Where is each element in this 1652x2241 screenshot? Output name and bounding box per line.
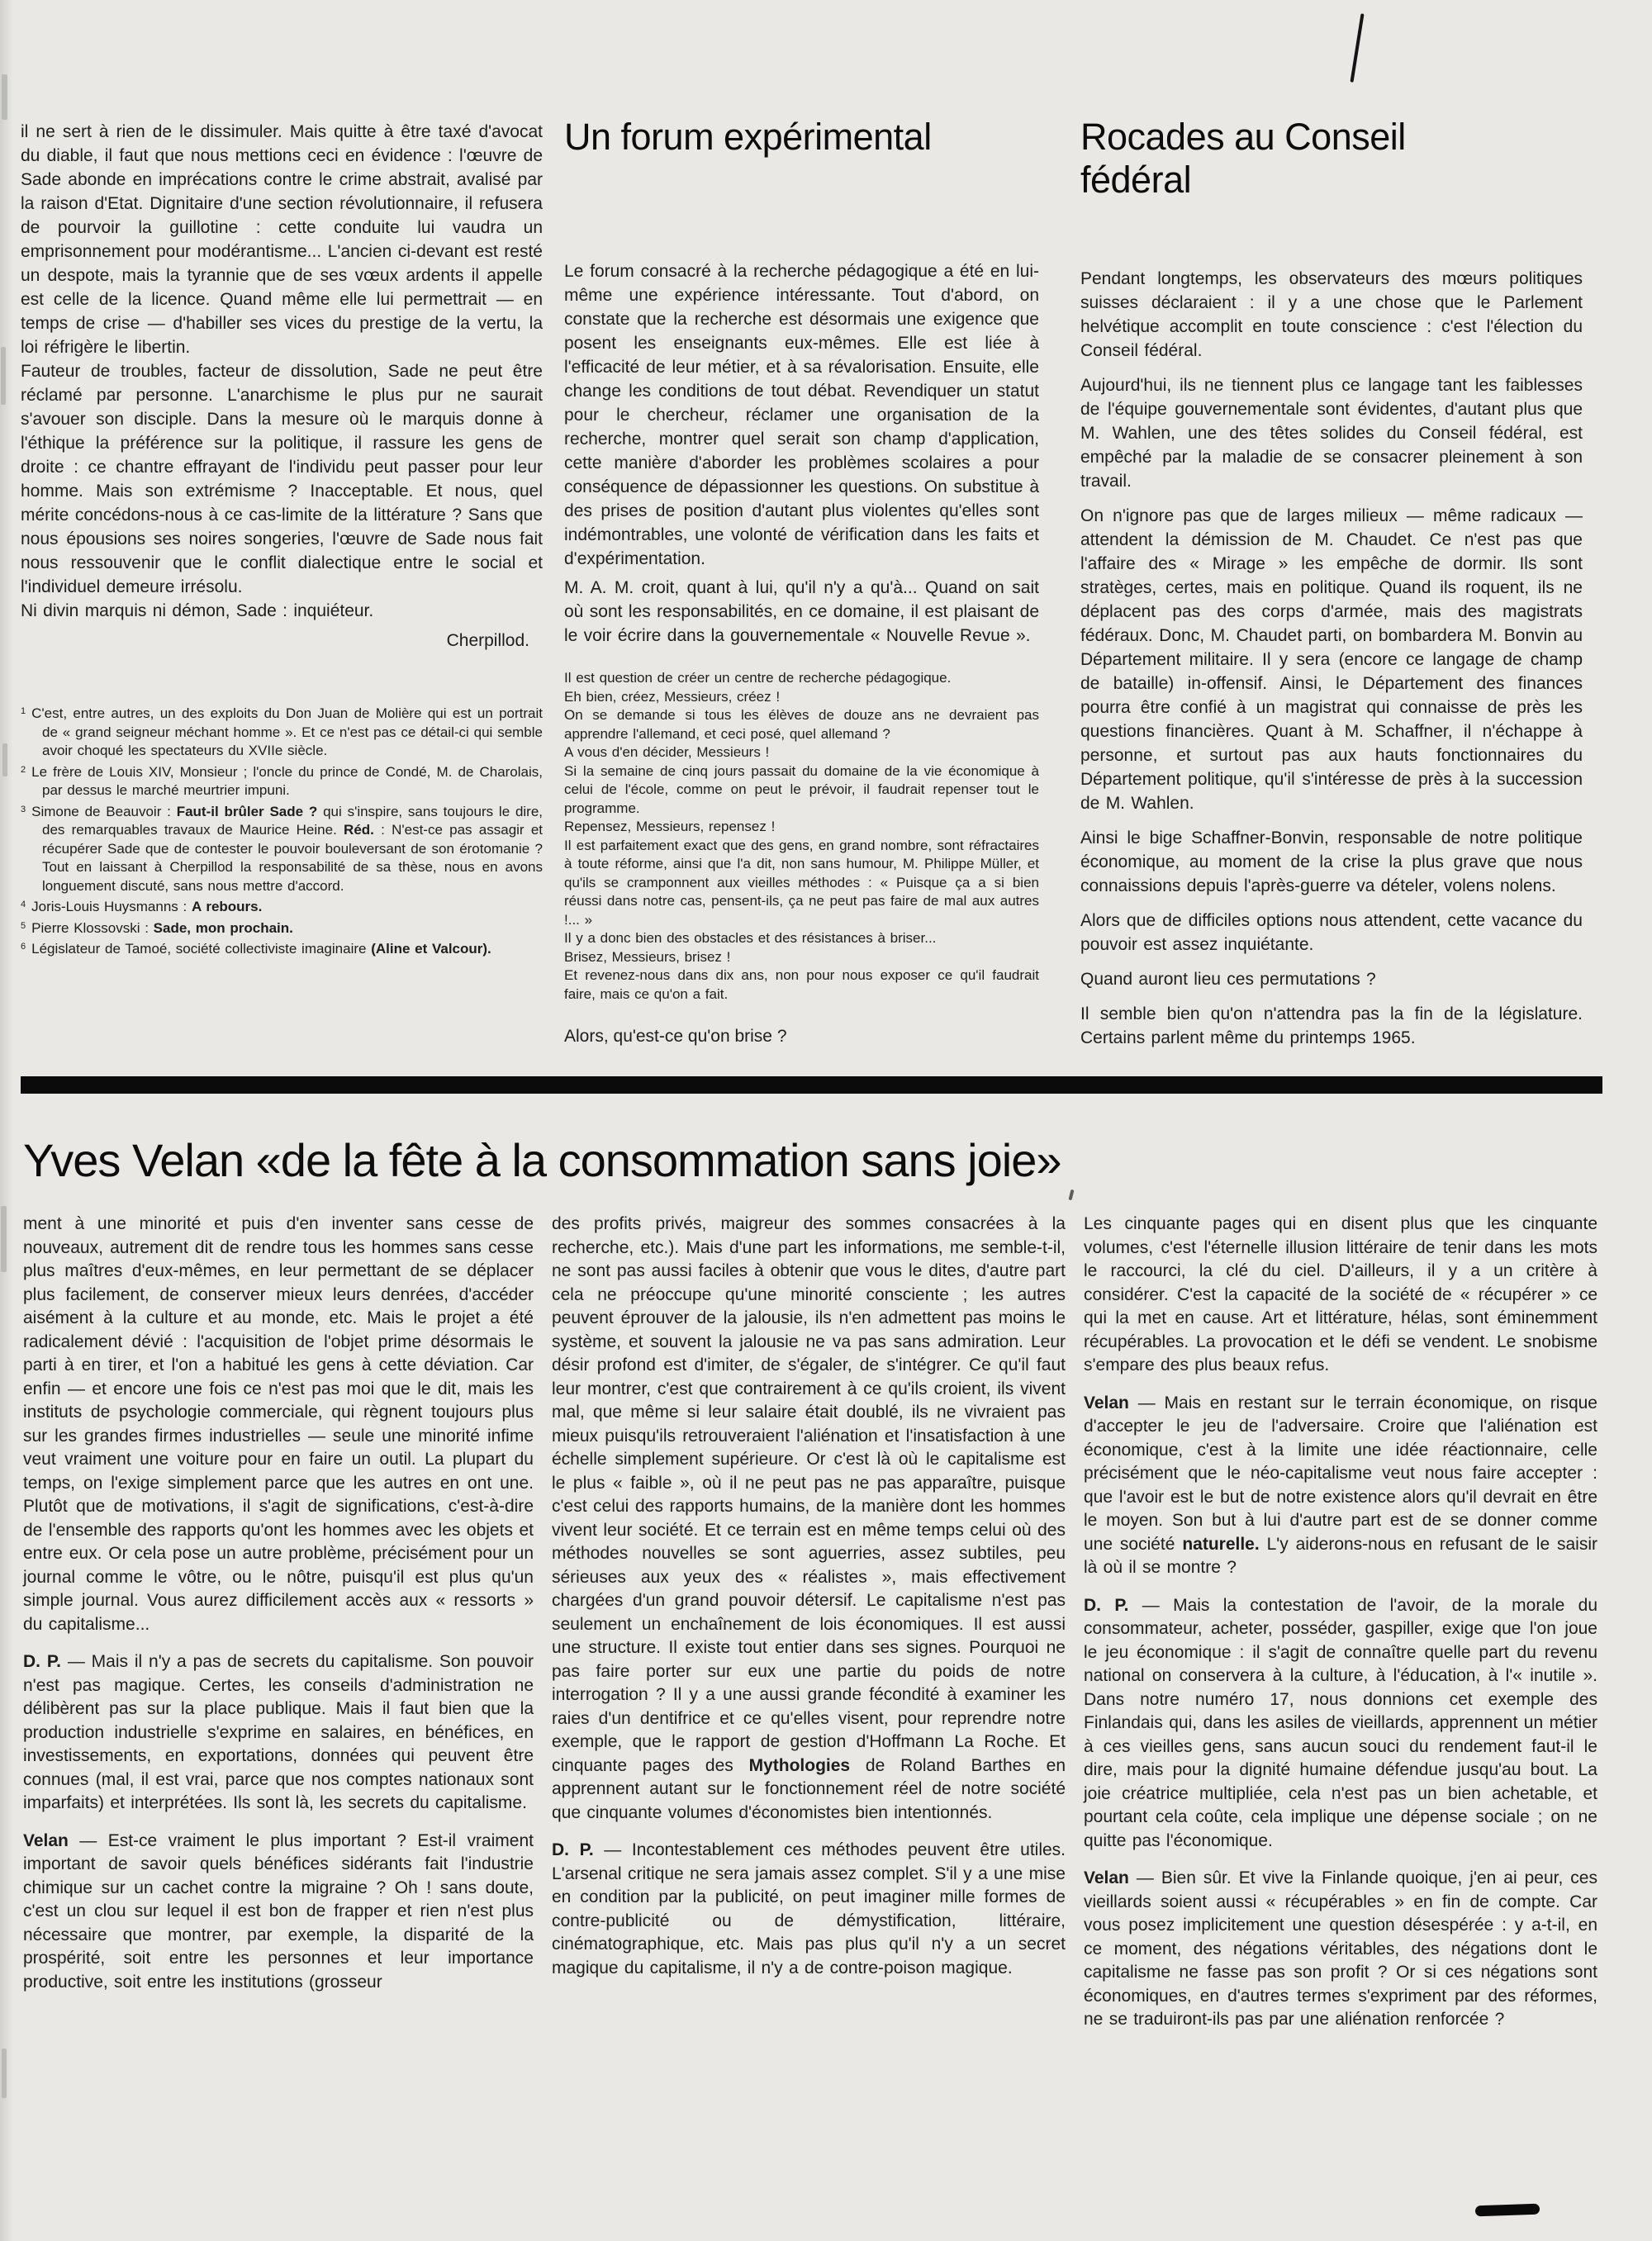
text-segment: Ni divin marquis ni démon, Sade : inquié… (21, 601, 373, 620)
text-segment: Joris-Louis Huysmanns : (31, 899, 192, 914)
bold-text: A rebours. (192, 899, 262, 914)
paragraph: Il semble bien qu'on n'attendra pas la f… (1080, 1002, 1583, 1050)
text-segment: — Incontestablement ces méthodes peuvent… (552, 1840, 1066, 1977)
scan-smudge (2, 74, 7, 120)
text-segment: Législateur de Tamoé, société collectivi… (31, 941, 371, 957)
forum-small-text-block: Il est question de créer un centre de re… (564, 669, 1039, 1004)
bold-text: D. P. (1084, 1596, 1128, 1615)
text-segment: Fauteur de troubles, facteur de dissolut… (21, 362, 543, 596)
paragraph: Il est question de créer un centre de re… (564, 669, 1039, 688)
bold-text: Mythologies (749, 1756, 851, 1775)
text-segment: Et revenez-nous dans dix ans, non pour n… (564, 967, 1039, 1002)
text-segment: Ainsi le bige Schaffner-Bonvin, responsa… (1080, 829, 1583, 895)
paragraph: D. P. — Incontestablement ces méthodes p… (552, 1839, 1066, 1980)
ink-blob-mark (1475, 2204, 1540, 2217)
paragraph: Ainsi le bige Schaffner-Bonvin, responsa… (1080, 826, 1583, 898)
pen-stroke-mark (1350, 13, 1364, 83)
text-segment: M. A. M. croit, quant à lui, qu'il n'y a… (564, 578, 1039, 645)
footnote: 3Simone de Beauvoir : Faut-il brûler Sad… (21, 800, 543, 896)
paragraph: Et revenez-nous dans dix ans, non pour n… (564, 966, 1039, 1004)
scan-smudge (2, 2049, 7, 2098)
paragraph: Il y a donc bien des obstacles et des ré… (564, 929, 1039, 948)
text-segment: — Est-ce vraiment le plus important ? Es… (23, 1831, 534, 1992)
text-segment: Quand auront lieu ces permutations ? (1080, 970, 1376, 989)
bold-text: Velan (1084, 1868, 1129, 1887)
closing-line: Alors, qu'est-ce qu'on brise ? (564, 1027, 1039, 1047)
bold-text: D. P. (23, 1652, 61, 1671)
paragraph: Les cinquante pages qui en disent plus q… (1084, 1213, 1597, 1378)
newspaper-page: il ne sert à rien de le dissimuler. Mais… (0, 0, 1652, 2241)
rocades-article-body: Pendant longtemps, les observateurs des … (1080, 267, 1583, 1050)
bold-text: Sade, mon prochain. (154, 920, 293, 936)
text-segment: Simone de Beauvoir : (31, 804, 177, 819)
bold-text: Réd. (344, 822, 374, 838)
text-segment: Si la semaine de cinq jours passait du d… (564, 763, 1039, 816)
text-segment: Brisez, Messieurs, brisez ! (564, 949, 730, 965)
sade-article-column: il ne sert à rien de le dissimuler. Mais… (21, 120, 543, 959)
author-signature: Cherpillod. (21, 631, 543, 651)
footnote: 1C'est, entre autres, un des exploits du… (21, 702, 543, 761)
feature-column-middle: des profits privés, maigreur des sommes … (552, 1213, 1066, 1994)
paragraph: Fauteur de troubles, facteur de dissolut… (21, 359, 543, 599)
paragraph: D. P. — Mais il n'y a pas de secrets du … (23, 1650, 534, 1816)
paragraph: Pendant longtemps, les observateurs des … (1080, 267, 1583, 363)
bold-text: naturelle. (1182, 1535, 1259, 1554)
forum-article-body: Le forum consacré à la recherche pédagog… (564, 259, 1039, 648)
paragraph: Aujourd'hui, ils ne tiennent plus ce lan… (1080, 373, 1583, 493)
rocades-article-column: Rocades au Conseil fédéral Pendant longt… (1080, 116, 1583, 1061)
text-segment: Le frère de Louis XIV, Monsieur ; l'oncl… (31, 764, 543, 799)
text-segment: — Mais il n'y a pas de secrets du capita… (23, 1652, 534, 1812)
text-segment: A vous d'en décider, Messieurs ! (564, 744, 769, 760)
paragraph: Repensez, Messieurs, repensez ! (564, 818, 1039, 837)
text-segment: — Mais la contestation de l'avoir, de la… (1084, 1596, 1597, 1850)
scan-smudge (2, 743, 7, 776)
footnote-number: 2 (21, 765, 31, 775)
paragraph: Alors que de difficiles options nous att… (1080, 909, 1583, 957)
text-segment: ment à une minorité et puis d'en invente… (23, 1214, 534, 1634)
paragraph: Si la semaine de cinq jours passait du d… (564, 762, 1039, 819)
scan-smudge (1, 347, 6, 405)
footnote: 2Le frère de Louis XIV, Monsieur ; l'onc… (21, 761, 543, 800)
footnotes: 1C'est, entre autres, un des exploits du… (21, 702, 543, 959)
paragraph: Velan — Mais en restant sur le terrain é… (1084, 1392, 1597, 1580)
text-segment: Le forum consacré à la recherche pédagog… (564, 262, 1039, 568)
paragraph: Il est parfaitement exact que des gens, … (564, 837, 1039, 930)
text-segment: — Mais en restant sur le terrain économi… (1084, 1394, 1597, 1554)
sade-article-body: il ne sert à rien de le dissimuler. Mais… (21, 120, 543, 623)
text-segment: Pendant longtemps, les observateurs des … (1080, 269, 1583, 360)
text-segment: Il semble bien qu'on n'attendra pas la f… (1080, 1004, 1583, 1047)
paragraph: On n'ignore pas que de larges milieux — … (1080, 504, 1583, 815)
text-segment: On n'ignore pas que de larges milieux — … (1080, 506, 1583, 813)
text-segment: C'est, entre autres, un des exploits du … (31, 705, 543, 758)
paragraph: ment à une minorité et puis d'en invente… (23, 1213, 534, 1636)
bold-text: Velan (23, 1831, 69, 1850)
footnote: 4Joris-Louis Huysmanns : A rebours. (21, 895, 543, 917)
text-segment: Il y a donc bien des obstacles et des ré… (564, 930, 936, 946)
text-segment: Eh bien, créez, Messieurs, créez ! (564, 689, 780, 705)
paragraph: D. P. — Mais la contestation de l'avoir,… (1084, 1594, 1597, 1854)
ink-speck-mark (1068, 1189, 1074, 1201)
forum-article-column: Un forum expérimental Le forum consacré … (564, 116, 1039, 1047)
paragraph: A vous d'en décider, Messieurs ! (564, 743, 1039, 762)
footnote-number: 6 (21, 942, 31, 952)
article-title-forum: Un forum expérimental (564, 116, 1039, 159)
paragraph: On se demande si tous les élèves de douz… (564, 706, 1039, 743)
text-segment: Les cinquante pages qui en disent plus q… (1084, 1214, 1597, 1375)
text-segment: — Bien sûr. Et vive la Finlande quoique,… (1084, 1868, 1597, 2029)
section-divider-rule (21, 1076, 1602, 1094)
paragraph: M. A. M. croit, quant à lui, qu'il n'y a… (564, 576, 1039, 648)
bold-text: D. P. (552, 1840, 594, 1859)
paragraph: des profits privés, maigreur des sommes … (552, 1213, 1066, 1825)
paragraph: Brisez, Messieurs, brisez ! (564, 948, 1039, 967)
footnote: 5Pierre Klossovski : Sade, mon prochain. (21, 917, 543, 938)
bold-text: (Aline et Valcour). (371, 941, 491, 957)
text-segment: des profits privés, maigreur des sommes … (552, 1214, 1066, 1775)
text-segment: Pierre Klossovski : (31, 920, 154, 936)
paragraph: Ni divin marquis ni démon, Sade : inquié… (21, 599, 543, 623)
footnote-number: 3 (21, 805, 31, 814)
text-segment: Il est question de créer un centre de re… (564, 670, 951, 686)
paragraph: Eh bien, créez, Messieurs, créez ! (564, 688, 1039, 707)
footnote: 6Législateur de Tamoé, société collectiv… (21, 938, 543, 959)
feature-column-right: Les cinquante pages qui en disent plus q… (1084, 1213, 1597, 2046)
text-segment: Il est parfaitement exact que des gens, … (564, 838, 1039, 928)
scan-edge-shadow (0, 0, 13, 2241)
paragraph: Velan — Bien sûr. Et vive la Finlande qu… (1084, 1867, 1597, 2032)
footnote-number: 5 (21, 921, 31, 931)
footnote-number: 1 (21, 706, 31, 716)
paragraph: Velan — Est-ce vraiment le plus importan… (23, 1830, 534, 1995)
paragraph: Quand auront lieu ces permutations ? (1080, 967, 1583, 991)
article-title-rocades: Rocades au Conseil fédéral (1080, 116, 1493, 202)
scan-smudge (1, 1206, 7, 1272)
text-segment: Alors que de difficiles options nous att… (1080, 911, 1583, 954)
feature-column-left: ment à une minorité et puis d'en invente… (23, 1213, 534, 2008)
text-segment: On se demande si tous les élèves de douz… (564, 707, 1039, 742)
footnote-number: 4 (21, 900, 31, 909)
bold-text: Velan (1084, 1394, 1129, 1412)
bold-text: Faut-il brûler Sade ? (177, 804, 318, 819)
text-segment: Aujourd'hui, ils ne tiennent plus ce lan… (1080, 376, 1583, 491)
paragraph: il ne sert à rien de le dissimuler. Mais… (21, 120, 543, 359)
text-segment: il ne sert à rien de le dissimuler. Mais… (21, 122, 543, 357)
feature-headline: Yves Velan «de la fête à la consommation… (23, 1135, 1593, 1186)
text-segment: Repensez, Messieurs, repensez ! (564, 819, 775, 834)
paragraph: Le forum consacré à la recherche pédagog… (564, 259, 1039, 571)
